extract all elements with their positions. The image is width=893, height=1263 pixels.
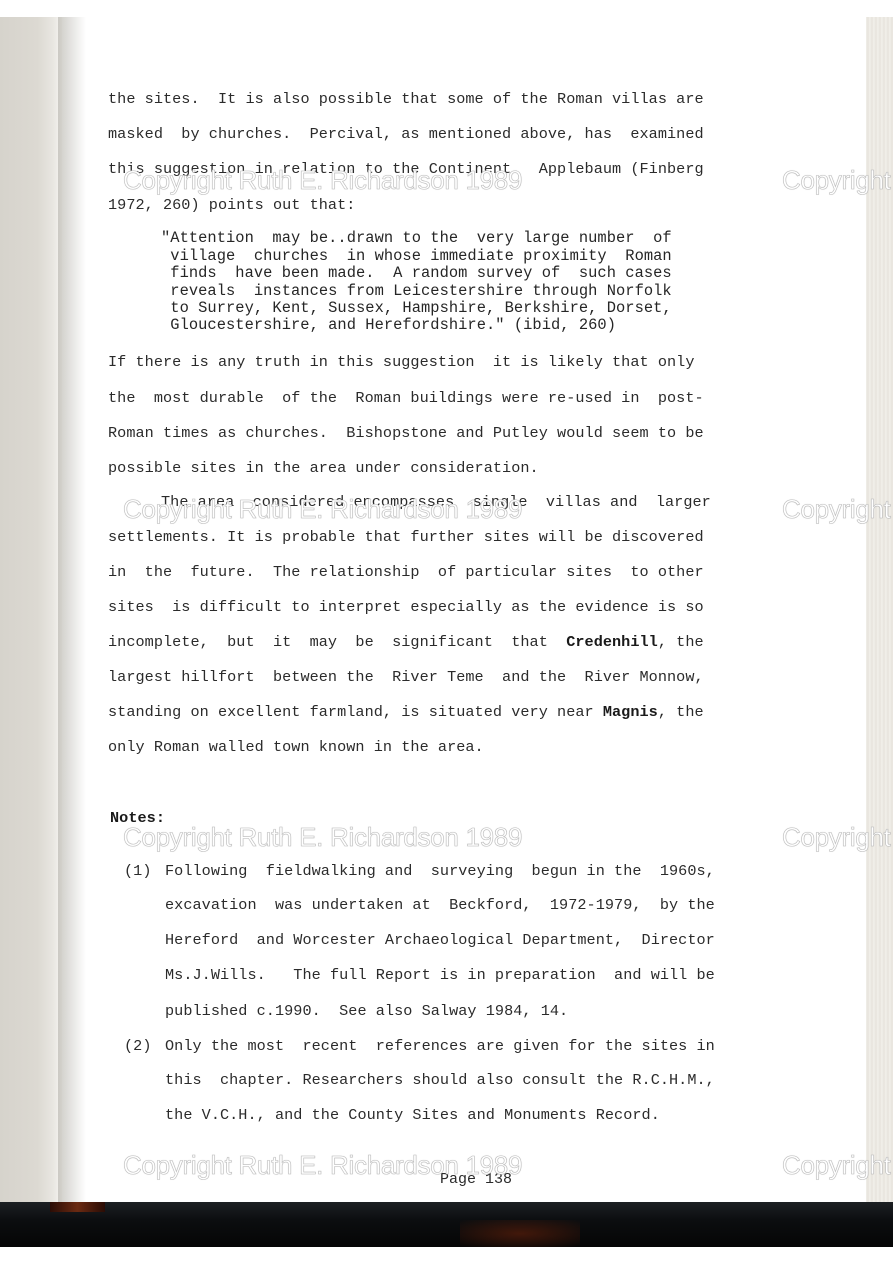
page-number: Page 138 (440, 1171, 512, 1188)
text-line: in the future. The relationship of parti… (108, 562, 704, 582)
quote-line: to Surrey, Kent, Sussex, Hampshire, Berk… (161, 300, 672, 317)
text-line: masked by churches. Percival, as mention… (108, 124, 704, 144)
note-number: (2) (124, 1036, 152, 1056)
text-line: only Roman walled town known in the area… (108, 737, 484, 757)
text-line: Roman times as churches. Bishopstone and… (108, 423, 704, 443)
text-line: sites is difficult to interpret especial… (108, 597, 704, 617)
note-line: published c.1990. See also Salway 1984, … (165, 1001, 568, 1021)
text-line: incomplete, but it may be significant th… (108, 632, 704, 652)
note-line: excavation was undertaken at Beckford, 1… (165, 895, 715, 915)
text-line: The area considered encompasses single v… (161, 492, 711, 512)
text-line: possible sites in the area under conside… (108, 458, 539, 478)
text-line: If there is any truth in this suggestion… (108, 352, 695, 372)
scanner-glow (460, 1220, 580, 1247)
text-line: the sites. It is also possible that some… (108, 89, 704, 109)
text-run: incomplete, but it may be significant th… (108, 633, 566, 651)
place-name-magnis: Magnis (603, 703, 658, 721)
text-line: 1972, 260) points out that: (108, 195, 355, 215)
place-name-credenhill: Credenhill (566, 633, 658, 651)
note-line: Hereford and Worcester Archaeological De… (165, 930, 715, 950)
notes-heading: Notes: (110, 808, 165, 828)
text-run: , the (658, 633, 704, 651)
scanner-bottom-band (0, 1202, 893, 1247)
quote-line: village churches in whose immediate prox… (161, 248, 672, 265)
text-line: largest hillfort between the River Teme … (108, 667, 704, 687)
text-line: the most durable of the Roman buildings … (108, 388, 704, 408)
facing-page-edge (0, 17, 62, 1202)
quote-line: "Attention may be..drawn to the very lar… (161, 230, 672, 247)
quote-line: Gloucestershire, and Herefordshire." (ib… (161, 317, 616, 334)
page-stack-edge (866, 17, 893, 1202)
note-line: Ms.J.Wills. The full Report is in prepar… (165, 965, 715, 985)
note-number: (1) (124, 861, 152, 881)
note-line: this chapter. Researchers should also co… (165, 1070, 715, 1090)
book-cover-edge (50, 1202, 105, 1212)
text-run: , the (658, 703, 704, 721)
copyright-watermark: Copyright Ruth E. Richardson 1989 (123, 822, 522, 853)
text-line: this suggestion in relation to the Conti… (108, 159, 704, 179)
note-line: the V.C.H., and the County Sites and Mon… (165, 1105, 660, 1125)
quote-line: reveals instances from Leicestershire th… (161, 283, 672, 300)
text-line: settlements. It is probable that further… (108, 527, 704, 547)
note-line: Only the most recent references are give… (165, 1036, 715, 1056)
text-line: standing on excellent farmland, is situa… (108, 702, 704, 722)
note-line: Following fieldwalking and surveying beg… (165, 861, 715, 881)
text-run: standing on excellent farmland, is situa… (108, 703, 603, 721)
quote-line: finds have been made. A random survey of… (161, 265, 672, 282)
book-gutter-shadow (58, 17, 86, 1202)
